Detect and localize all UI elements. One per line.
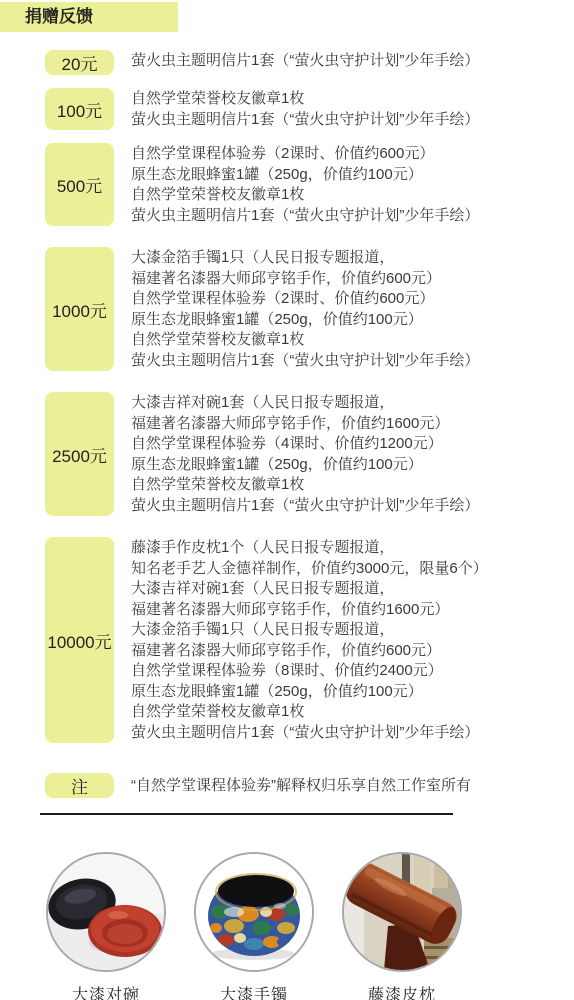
- product-card-bowls: 大漆对碗: [46, 852, 166, 1000]
- note-text: “自然学堂课程体验劵”解释权归乐享自然工作室所有: [131, 776, 471, 797]
- tier-row-20: 20元 萤火虫主题明信片1套（“萤火虫守护计划”少年手绘）: [45, 50, 574, 75]
- reward-line: 原生态龙眼蜂蜜1罐（250g，价值约100元）: [131, 165, 479, 186]
- tier-rewards: 自然学堂课程体验劵（2课时、价值约600元） 原生态龙眼蜂蜜1罐（250g，价值…: [131, 143, 479, 226]
- product-image-bowls: [46, 852, 166, 972]
- reward-line: 自然学堂荣誉校友徽章1枚: [131, 475, 479, 496]
- lacquer-bowls-image: [48, 854, 164, 970]
- reward-line: 萤火虫主题明信片1套（“萤火虫守护计划”少年手绘）: [131, 206, 479, 227]
- reward-line: 萤火虫主题明信片1套（“萤火虫守护计划”少年手绘）: [131, 110, 479, 131]
- reward-line: 原生态龙眼蜂蜜1罐（250g，价值约100元）: [131, 682, 488, 703]
- tier-amount-badge: 1000元: [45, 247, 114, 371]
- tier-amount-badge: 2500元: [45, 392, 114, 516]
- reward-line: 藤漆手作皮枕1个（人民日报专题报道，: [131, 538, 488, 559]
- reward-line: 知名老手艺人金德祥制作，价值约3000元，限量6个）: [131, 559, 488, 580]
- reward-line: 萤火虫主题明信片1套（“萤火虫守护计划”少年手绘）: [131, 51, 479, 72]
- product-label: 大漆对碗: [46, 982, 166, 1000]
- tier-rewards: 藤漆手作皮枕1个（人民日报专题报道， 知名老手艺人金德祥制作，价值约3000元，…: [131, 537, 488, 743]
- tier-rewards: 大漆金箔手镯1只（人民日报专题报道， 福建著名漆器大师邱亨铭手作，价值约600元…: [131, 247, 479, 371]
- tier-amount-badge: 20元: [45, 50, 114, 75]
- tier-row-1000: 1000元 大漆金箔手镯1只（人民日报专题报道， 福建著名漆器大师邱亨铭手作，价…: [45, 247, 574, 371]
- reward-line: 福建著名漆器大师邱亨铭手作，价值约600元）: [131, 269, 479, 290]
- lacquer-pillow-image: [344, 854, 460, 970]
- note-row: 注 “自然学堂课程体验劵”解释权归乐享自然工作室所有: [45, 773, 574, 798]
- note-badge: 注: [45, 773, 114, 798]
- reward-line: 萤火虫主题明信片1套（“萤火虫守护计划”少年手绘）: [131, 723, 488, 744]
- tier-row-2500: 2500元 大漆吉祥对碗1套（人民日报专题报道， 福建著名漆器大师邱亨铭手作，价…: [45, 392, 574, 516]
- reward-line: 大漆吉祥对碗1套（人民日报专题报道，: [131, 579, 488, 600]
- reward-line: 自然学堂荣誉校友徽章1枚: [131, 89, 479, 110]
- reward-line: 自然学堂荣誉校友徽章1枚: [131, 330, 479, 351]
- product-label: 大漆手镯: [194, 982, 314, 1000]
- product-card-bangle: 大漆手镯: [194, 852, 314, 1000]
- product-label: 藤漆皮枕: [342, 982, 462, 1000]
- reward-line: 自然学堂课程体验劵（2课时、价值约600元）: [131, 289, 479, 310]
- product-image-bangle: [194, 852, 314, 972]
- tier-rewards: 自然学堂荣誉校友徽章1枚 萤火虫主题明信片1套（“萤火虫守护计划”少年手绘）: [131, 88, 479, 130]
- reward-line: 萤火虫主题明信片1套（“萤火虫守护计划”少年手绘）: [131, 351, 479, 372]
- tier-amount-badge: 10000元: [45, 537, 114, 743]
- reward-line: 自然学堂荣誉校友徽章1枚: [131, 702, 488, 723]
- tier-rewards: 大漆吉祥对碗1套（人民日报专题报道， 福建著名漆器大师邱亨铭手作，价值约1600…: [131, 392, 479, 516]
- reward-line: 原生态龙眼蜂蜜1罐（250g，价值约100元）: [131, 455, 479, 476]
- tier-row-10000: 10000元 藤漆手作皮枕1个（人民日报专题报道， 知名老手艺人金德祥制作，价值…: [45, 537, 574, 743]
- reward-line: 大漆金箔手镯1只（人民日报专题报道，: [131, 248, 479, 269]
- reward-line: 自然学堂课程体验劵（8课时、价值约2400元）: [131, 661, 488, 682]
- reward-line: 福建著名漆器大师邱亨铭手作，价值约600元）: [131, 641, 488, 662]
- product-row: 大漆对碗: [46, 852, 574, 1000]
- tier-row-500: 500元 自然学堂课程体验劵（2课时、价值约600元） 原生态龙眼蜂蜜1罐（25…: [45, 143, 574, 226]
- product-image-pillow: [342, 852, 462, 972]
- reward-line: 自然学堂课程体验劵（4课时、价值约1200元）: [131, 434, 479, 455]
- reward-line: 自然学堂课程体验劵（2课时、价值约600元）: [131, 144, 479, 165]
- lacquer-bangle-image: [196, 854, 312, 970]
- reward-line: 大漆吉祥对碗1套（人民日报专题报道，: [131, 393, 479, 414]
- section-title: 捐赠反馈: [0, 2, 178, 32]
- tier-amount-badge: 100元: [45, 88, 114, 130]
- tier-list: 20元 萤火虫主题明信片1套（“萤火虫守护计划”少年手绘） 100元 自然学堂荣…: [45, 50, 574, 798]
- reward-line: 原生态龙眼蜂蜜1罐（250g，价值约100元）: [131, 310, 479, 331]
- reward-line: 自然学堂荣誉校友徽章1枚: [131, 185, 479, 206]
- tier-row-100: 100元 自然学堂荣誉校友徽章1枚 萤火虫主题明信片1套（“萤火虫守护计划”少年…: [45, 88, 574, 130]
- reward-line: 萤火虫主题明信片1套（“萤火虫守护计划”少年手绘）: [131, 496, 479, 517]
- divider: [40, 813, 453, 815]
- reward-line: 大漆金箔手镯1只（人民日报专题报道，: [131, 620, 488, 641]
- tier-amount-badge: 500元: [45, 143, 114, 226]
- tier-rewards: 萤火虫主题明信片1套（“萤火虫守护计划”少年手绘）: [131, 50, 479, 75]
- product-card-pillow: 藤漆皮枕: [342, 852, 462, 1000]
- reward-line: 福建著名漆器大师邱亨铭手作，价值约1600元）: [131, 600, 488, 621]
- reward-line: 福建著名漆器大师邱亨铭手作，价值约1600元）: [131, 414, 479, 435]
- note-text-wrap: “自然学堂课程体验劵”解释权归乐享自然工作室所有: [131, 773, 471, 798]
